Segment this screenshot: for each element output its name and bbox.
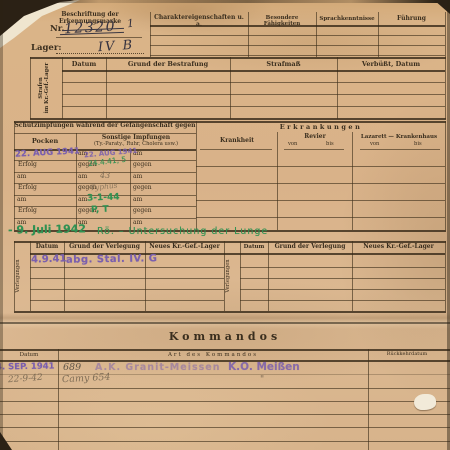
transfers-header-reason: Grund der Verlegung (268, 244, 352, 251)
punishment-side-label-line2: im Kr.-Gef.-Lager (44, 63, 50, 113)
row-line (196, 183, 445, 184)
row-line (30, 278, 224, 279)
xray-stamp-text: Rö. – Untersuchung der Lunge (97, 226, 268, 237)
column-divider (352, 132, 353, 230)
row-line (30, 289, 224, 290)
header-underline (62, 70, 445, 72)
section-border (445, 121, 446, 230)
kommando-date-handwritten: 22-9-42 (8, 373, 43, 385)
bis-label: bis (326, 142, 334, 148)
illnesses-header-lazarett: Lazarett — Krankenhaus (356, 134, 442, 140)
kommandos-header-type: Art des Kommandos (58, 352, 368, 358)
row-line (0, 401, 450, 402)
transfers-header-newcamp: Neues Kr.-Gef.-Lager (145, 244, 224, 251)
punishment-header-reason: Grund der Bestrafung (106, 61, 230, 68)
vaccination-date-handwritten: 3-1-44 (87, 192, 120, 203)
illnesses-header-disease: Krankheit (200, 138, 274, 145)
scanned-record-card: Beschriftung der Erkennungsmarke Nr. 123… (0, 0, 450, 450)
vaccinations-col-pocken: Pocken (14, 138, 76, 145)
lager-value-handwritten: IV B (98, 38, 135, 55)
am-label: am (133, 197, 142, 204)
row-line (30, 267, 224, 268)
gegen-label: gegen (133, 208, 152, 215)
ditto-mark: " (260, 375, 264, 385)
von-label: von (288, 142, 297, 148)
kommandos-header-return: Rückkehrdatum (368, 352, 446, 358)
table-divider (368, 349, 369, 450)
row-line (150, 45, 445, 46)
header-underline (200, 149, 272, 150)
row-line (62, 82, 445, 83)
row-line (0, 414, 450, 415)
vaccination-year-handwritten: 43 (100, 171, 110, 180)
xray-stamp-date: - 9. Juli 1942 (8, 222, 86, 236)
row-line (196, 200, 445, 201)
section-border (445, 241, 446, 311)
punishment-header-served: Verbüßt, Datum (337, 61, 445, 68)
transfer-reason-stamp: abg. Stal. IV. G (66, 253, 158, 266)
kommando-number-handwritten: 689 (63, 362, 81, 373)
kommando-name-handwritten: Camy 654 (62, 372, 111, 386)
row-line (240, 289, 445, 290)
gegen-label: gegen (133, 185, 152, 192)
traits-header-conduct: Führung (380, 16, 443, 23)
row-line (196, 166, 445, 167)
transfers-header-date: Datum (30, 244, 64, 251)
transfers-header-newcamp: Neues Kr.-Gef.-Lager (352, 244, 445, 251)
row-line (0, 388, 450, 389)
row-line (240, 300, 445, 301)
table-border (0, 349, 450, 351)
arbeitskommando-stamp: A.K. Granit-Meissen (95, 362, 220, 373)
section-divider (196, 121, 197, 230)
row-line (240, 267, 445, 268)
traits-header-character: Charaktereigenschaften u. a. (152, 15, 246, 29)
kommandos-title: Kommandos (0, 331, 450, 344)
am-label: am (78, 197, 87, 204)
pocken-date-stamp: 22. AUG 1941 (15, 146, 80, 159)
kommando-date-stamp: 4. SEP. 1941 (0, 361, 55, 372)
scan-top-edge (0, 0, 450, 3)
illnesses-header-revier: Revier (281, 134, 349, 141)
illnesses-title: Erkrankungen (196, 124, 446, 131)
table-divider (58, 349, 59, 450)
gegen-label: gegen (133, 162, 152, 169)
vaccinations-title: Schutzimpfungen während der Gefangenscha… (14, 123, 196, 130)
vaccination-against-handwritten: P, T (91, 204, 109, 215)
section-border (14, 311, 446, 313)
transfer-date-stamp: 4.9.41 (31, 253, 67, 265)
section-separator (0, 322, 450, 324)
section-border (30, 57, 31, 119)
header-underline (284, 149, 344, 150)
table-divider (445, 12, 446, 57)
header-underline (360, 149, 440, 150)
row-line (14, 218, 196, 219)
row-line (62, 94, 445, 95)
section-border (30, 57, 446, 59)
row-line (196, 217, 445, 218)
torn-corner-shadow (428, 0, 450, 14)
vaccination-against-handwritten: Typhus (90, 181, 118, 193)
transfers-header-date: Datum (240, 244, 268, 250)
kontrolloffizier-stamp: K.O. Meißen (228, 361, 300, 373)
am-label: am (78, 174, 87, 181)
punishment-header-date: Datum (62, 61, 106, 68)
erfolg-label: Erfolg (18, 162, 37, 169)
erfolg-label: Erfolg (18, 208, 37, 215)
row-line (150, 55, 445, 56)
transfers-side-label: Verlegungen (226, 245, 238, 307)
traits-header-abilities: Besondere Fähigkeiten (250, 15, 314, 28)
am-label: am (17, 197, 26, 204)
section-border (30, 118, 446, 120)
section-border (445, 57, 446, 119)
bis-label: bis (414, 142, 422, 148)
row-line (62, 106, 445, 107)
punishment-side-label: Strafen im Kr.-Gef.-Lager (39, 57, 53, 119)
am-label: am (17, 174, 26, 181)
row-line (0, 427, 450, 428)
row-line (0, 441, 450, 442)
scan-left-edge (0, 0, 3, 450)
identity-tag-number-suffix: 1 (126, 17, 134, 31)
row-line (240, 278, 445, 279)
transfers-side-label: Verlegungen (16, 245, 28, 307)
von-label: von (370, 142, 379, 148)
row-line (30, 300, 224, 301)
punishment-header-sentence: Strafmaß (230, 61, 337, 68)
column-divider (277, 132, 278, 230)
transfers-header-reason: Grund der Verlegung (64, 244, 145, 251)
row-line (150, 35, 445, 36)
kommandos-header-date: Datum (0, 352, 58, 358)
erfolg-label: Erfolg (18, 185, 37, 192)
punch-hole (414, 394, 436, 410)
am-label: am (133, 174, 142, 181)
traits-header-languages: Sprachkenntnisse (318, 16, 376, 22)
